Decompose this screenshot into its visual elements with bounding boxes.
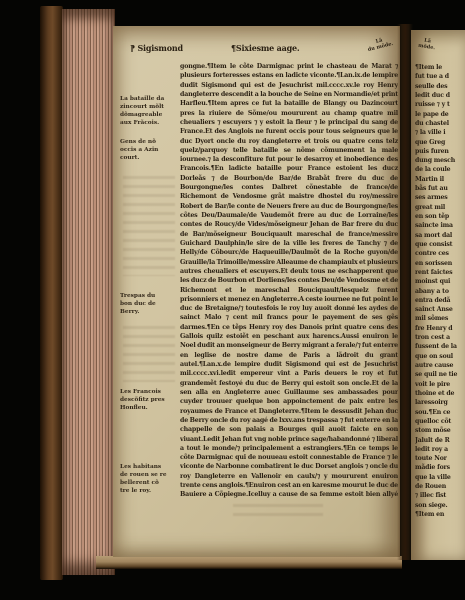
left-page: ⁋ Sigismond ¶Sixiesme aage. Lã du mõde. … <box>113 26 400 557</box>
text-fragment-line: se quil ne tie <box>415 370 465 379</box>
text-fragment-line: mil sõmes <box>415 314 465 323</box>
margin-note-azincourt-battle: La bataille da zincourt mõlt dõmagreable… <box>120 95 178 127</box>
text-fragment-line: laressoirg <box>415 398 465 407</box>
text-fragment-line: sainct Anse <box>415 305 465 314</box>
text-fragment-line: contre ces <box>415 249 465 258</box>
text-fragment-line: toute Nor <box>415 454 465 463</box>
text-fragment-line: que consist <box>415 240 465 249</box>
text-fragment-line: ¶Item le <box>415 63 465 72</box>
running-header-section: ¶Sixiesme aage. <box>231 43 300 53</box>
text-fragment-line: que Greg <box>415 138 465 147</box>
text-fragment-line: stom mõse <box>415 426 465 435</box>
text-fragment-line: puis furen <box>415 147 465 156</box>
text-fragment-line: ⁊ la ville i <box>415 128 465 137</box>
text-fragment-line: quelloc cõt <box>415 417 465 426</box>
text-fragment-line: fre Henry d <box>415 324 465 333</box>
text-fragment-line: saincte ima <box>415 221 465 230</box>
text-fragment-line: abany a to <box>415 287 465 296</box>
margin-note-death-duke-berry: Trespas du bon duc de Berry. <box>120 292 178 316</box>
text-fragment-line: bãs fut au <box>415 184 465 193</box>
text-fragment-line: en son tẽp <box>415 212 465 221</box>
text-fragment-line: du chastel <box>415 119 465 128</box>
ink-bleed-through <box>233 504 323 516</box>
text-fragment-line: ledit duc d <box>415 91 465 100</box>
text-fragment-line: dung mesch <box>415 156 465 165</box>
page-fore-edge-stack <box>62 9 115 575</box>
text-fragment-line: sou.¶En ce <box>415 408 465 417</box>
text-fragment-line: moinst qui <box>415 277 465 286</box>
book-cover-edge <box>40 6 63 580</box>
text-fragment-line: en sorissen <box>415 259 465 268</box>
margin-note-rouen-rebellion: Les habitans de rouen se re bellerent cõ… <box>120 463 178 495</box>
text-fragment-line: tron cest a <box>415 333 465 342</box>
text-fragment-line: ¶Item en <box>415 510 465 519</box>
year-of-world-note: Lã du mõde. <box>364 36 396 54</box>
book-photo: ⁋ Sigismond ¶Sixiesme aage. Lã du mõde. … <box>0 0 465 600</box>
text-fragment-line: sa mort dal <box>415 231 465 240</box>
margin-note-french-defeated: Les Francois descõfitz pres Honfleu. <box>120 388 178 412</box>
facing-page-text-fragments: ¶Item le fut tue a d seulle des ledit du… <box>415 63 465 533</box>
text-fragment-line: entra dedã <box>415 296 465 305</box>
text-fragment-line: seulle des <box>415 82 465 91</box>
text-fragment-line: que on soul <box>415 352 465 361</box>
text-fragment-line: voit le pire <box>415 380 465 389</box>
text-fragment-line: de Rouen <box>415 482 465 491</box>
right-page-edge: Lã mõde. ¶Item le fut tue a d seulle des… <box>411 30 465 560</box>
page-bottom-edge <box>96 556 402 569</box>
text-fragment-line: le pape de <box>415 110 465 119</box>
text-fragment-line: autre cause <box>415 361 465 370</box>
text-fragment-line: Jalult de R <box>415 436 465 445</box>
chronicle-body-text: gongne.¶Item le cõte Darmignac print le … <box>180 62 398 500</box>
year-of-world-note: Lã mõde. <box>411 37 442 53</box>
text-fragment-line: fussent de la <box>415 342 465 351</box>
text-fragment-line: ses armes <box>415 193 465 202</box>
text-fragment-line: mãdie fors <box>415 463 465 472</box>
text-fragment-line: fut tue a d <box>415 72 465 81</box>
text-fragment-line: ruisse ⁊ y t <box>415 100 465 109</box>
text-fragment-line: Martin il <box>415 175 465 184</box>
ink-bleed-through <box>123 326 175 382</box>
text-fragment-line: de la coule <box>415 165 465 174</box>
text-fragment-line: que la ville <box>415 473 465 482</box>
text-fragment-line: son siege. <box>415 501 465 510</box>
text-fragment-line: rent faictes <box>415 268 465 277</box>
text-fragment-line: great mil <box>415 203 465 212</box>
text-fragment-line: ledit roy a <box>415 445 465 454</box>
ink-bleed-through <box>123 176 175 276</box>
running-header-title: ⁋ Sigismond <box>130 43 183 53</box>
text-fragment-line: ⁊ illec fist <box>415 491 465 500</box>
margin-note-slain-at-azincourt: Gens de nõ occis a Azin court. <box>120 138 178 162</box>
text-fragment-line: thoine et de <box>415 389 465 398</box>
